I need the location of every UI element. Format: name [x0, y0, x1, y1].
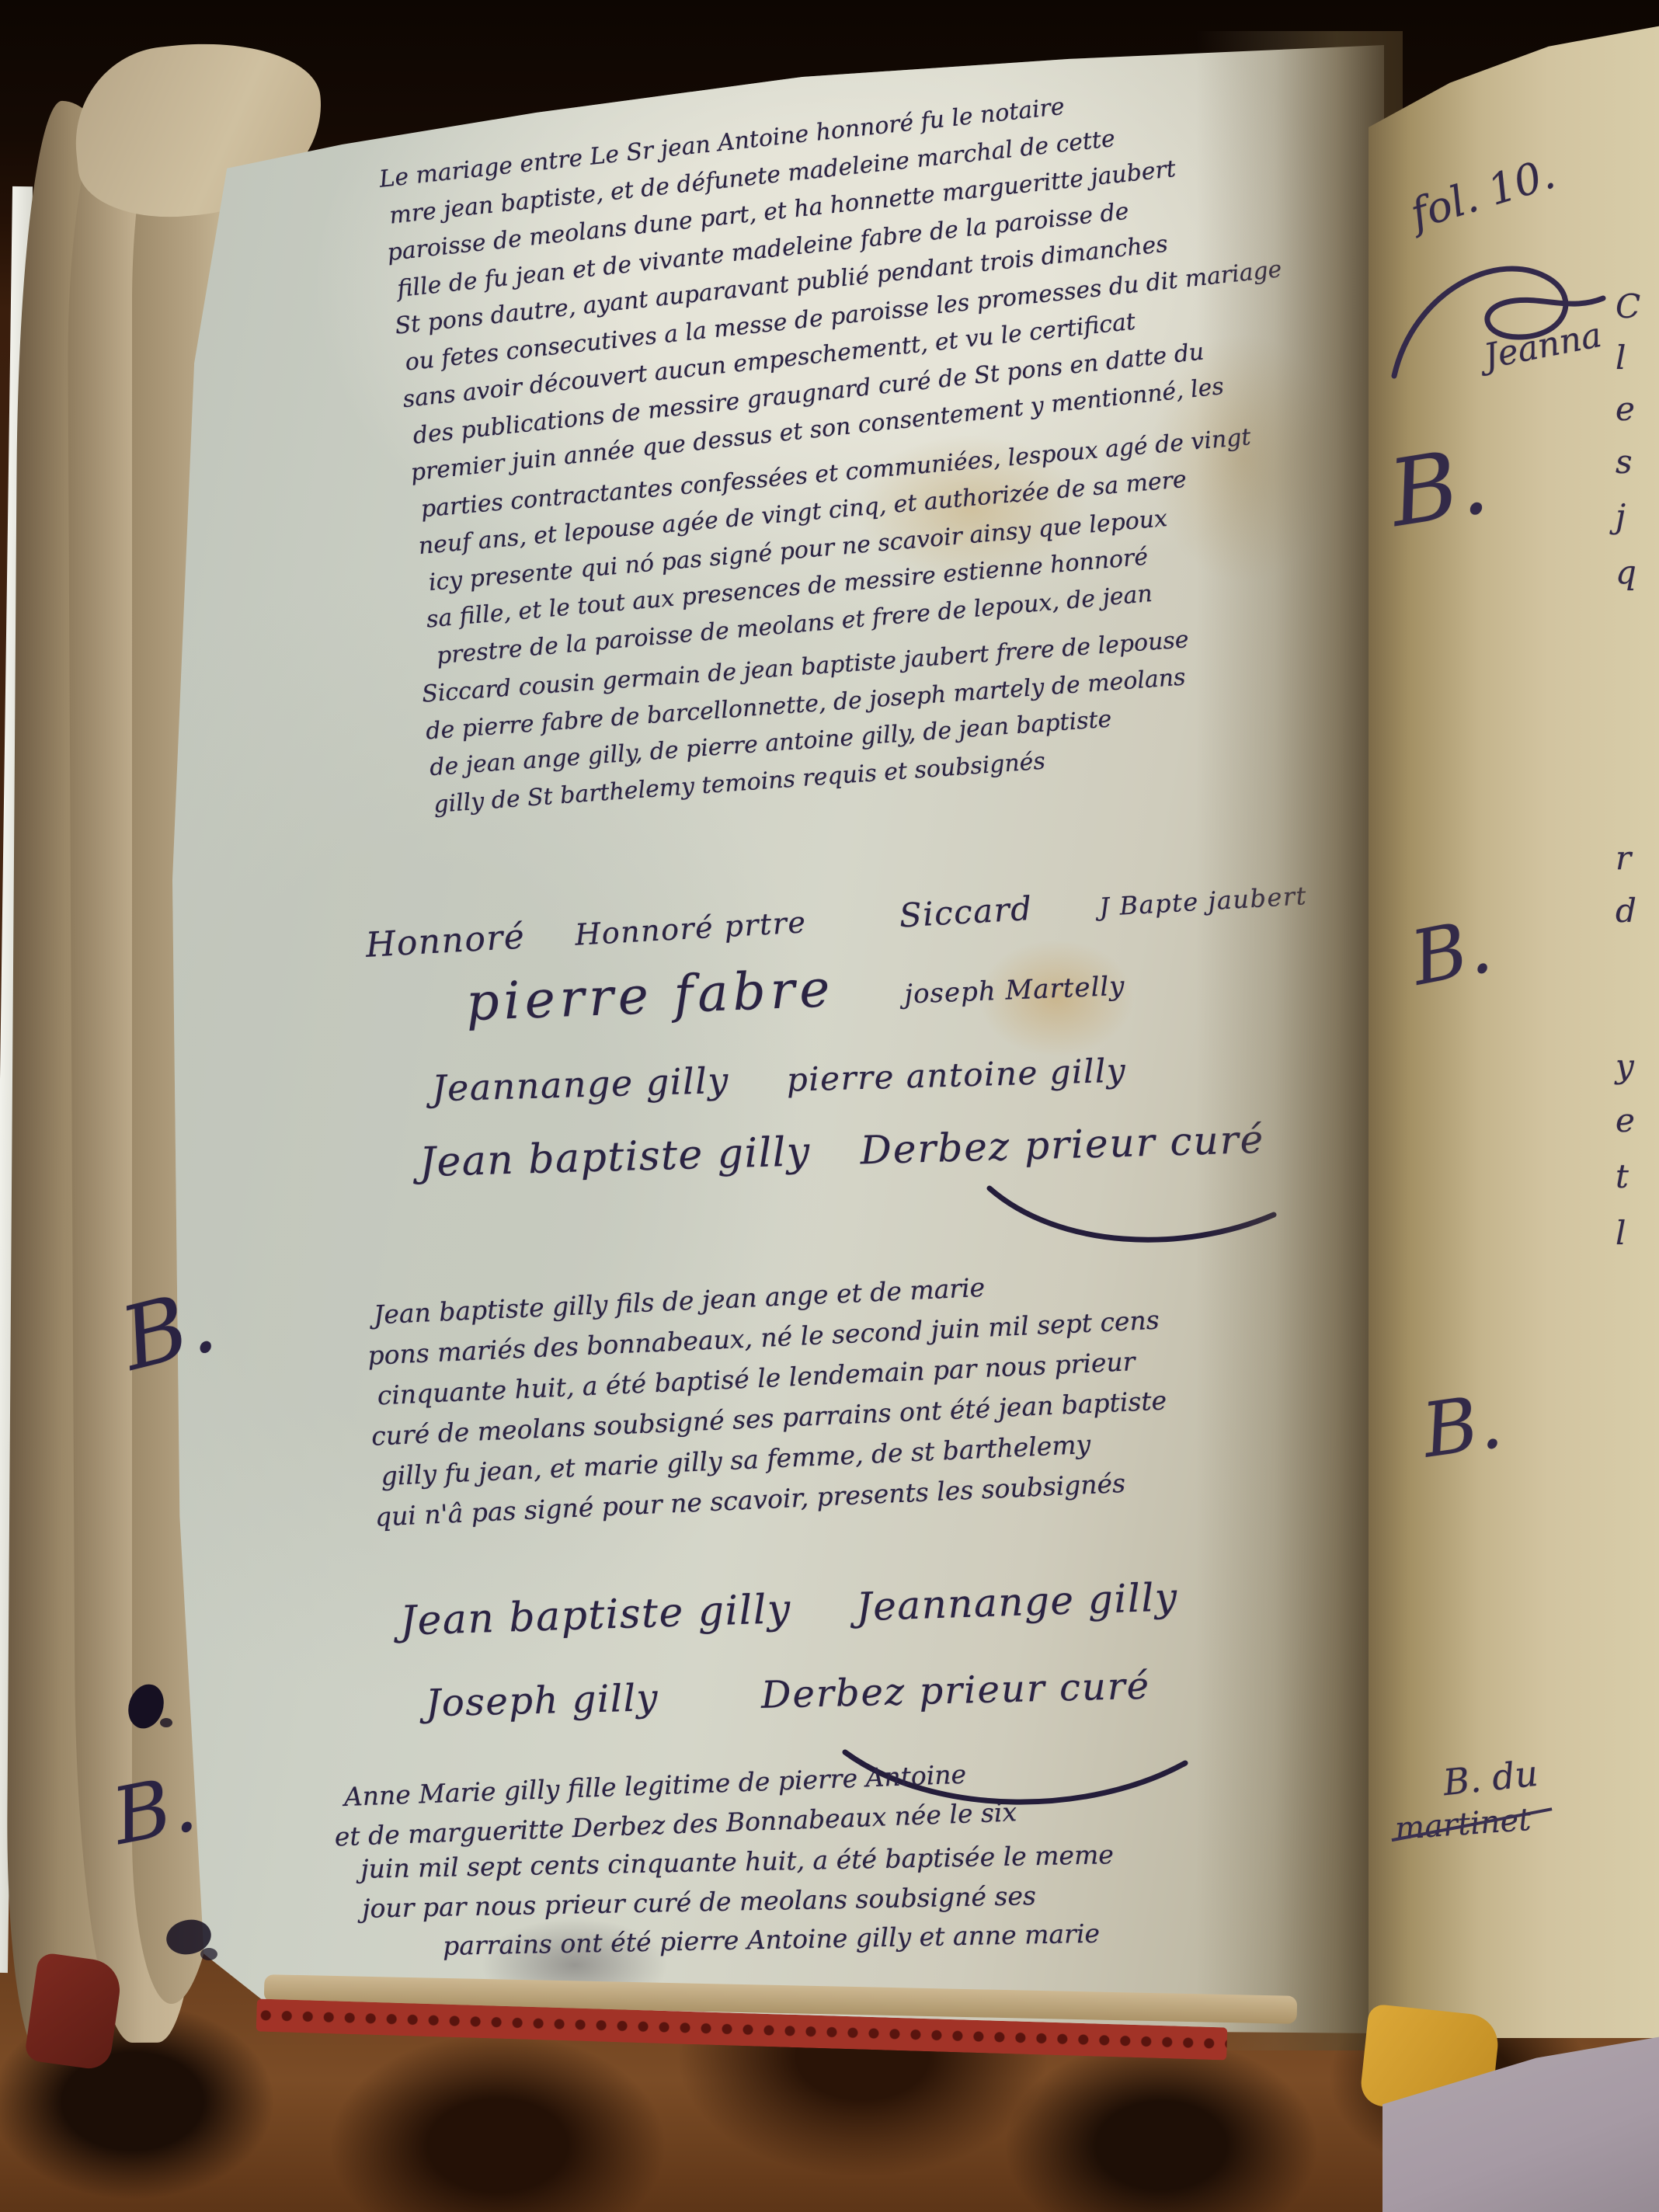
- facing-page-strip: fol. 10. Jeanna B. B. B. B. du martinet …: [1369, 14, 1659, 2038]
- margin-mark-b: B.: [106, 1758, 203, 1862]
- ink-blot: [160, 1718, 172, 1727]
- signature-jeannange-gilly: Jeannange gilly: [431, 1059, 729, 1110]
- text-fragment: l: [1616, 339, 1626, 377]
- margin-note-martinet: B. du: [1442, 1752, 1540, 1803]
- text-fragment: y: [1616, 1047, 1634, 1085]
- manuscript-photo: Le mariage entre Le Sr jean Antoine honn…: [0, 0, 1659, 2212]
- text-fragment: e: [1616, 1101, 1635, 1139]
- record-baptism-jean-baptiste-gilly: Jean baptiste gilly fils de jean ange et…: [365, 1260, 1171, 1538]
- text-fragment: d: [1616, 892, 1636, 930]
- text-fragment: e: [1616, 390, 1635, 428]
- record-marriage-honnore-jaubert: Le mariage entre Le Sr jean Antoine honn…: [377, 68, 1330, 823]
- text-fragment: q: [1616, 553, 1636, 591]
- binding-corner: [24, 1952, 123, 2071]
- signature-jeannange-gilly: Jeannange gilly: [856, 1574, 1179, 1629]
- margin-note-martinet: martinet: [1394, 1802, 1532, 1847]
- signature-joseph-martelly: joseph Martelly: [904, 971, 1125, 1010]
- text-fragment: C: [1616, 287, 1640, 325]
- ink-blot: [200, 1948, 217, 1960]
- text-fragment: t: [1616, 1157, 1629, 1195]
- folio-number: fol. 10.: [1405, 149, 1560, 239]
- record-baptism-anne-marie-gilly: Anne Marie gilly fille legitime de pierr…: [343, 1749, 1117, 1975]
- margin-mark-b: B.: [1404, 902, 1498, 1002]
- signature-siccard: Siccard: [899, 889, 1034, 935]
- text-fragment: j: [1616, 497, 1626, 535]
- text-fragment: s: [1616, 443, 1633, 481]
- text-fragment: r: [1616, 839, 1631, 877]
- margin-mark-b: B.: [1382, 426, 1494, 548]
- signature-joseph-gilly: Joseph gilly: [425, 1676, 659, 1725]
- text-fragment: l: [1616, 1214, 1626, 1252]
- margin-mark-b: B.: [1417, 1378, 1508, 1475]
